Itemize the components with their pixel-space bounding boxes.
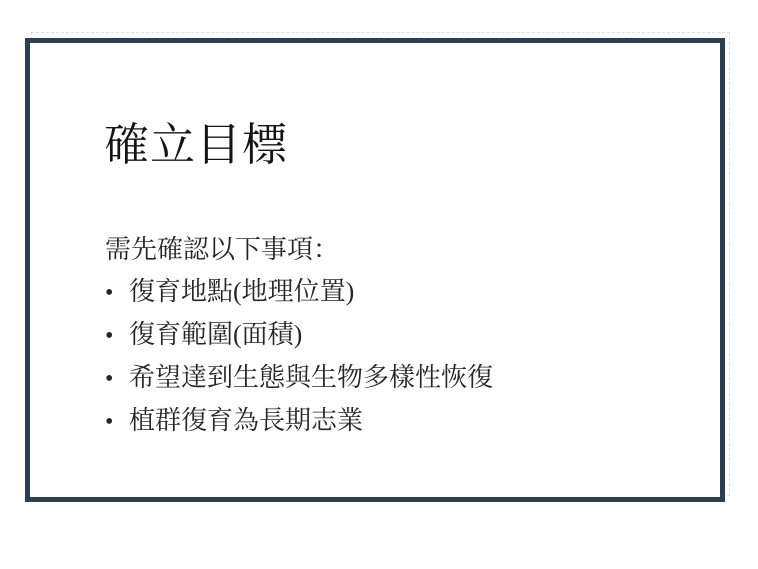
bullet-item: • 復育地點(地理位置) bbox=[105, 271, 705, 314]
bullet-list: • 復育地點(地理位置) • 復育範圍(面積) • 希望達到生態與生物多樣性恢復… bbox=[105, 271, 705, 443]
bullet-dot-icon: • bbox=[105, 358, 129, 400]
bullet-text: 希望達到生態與生物多樣性恢復 bbox=[129, 357, 493, 399]
bullet-dot-icon: • bbox=[105, 315, 129, 357]
bullet-dot-icon: • bbox=[105, 401, 129, 443]
bullet-text: 復育地點(地理位置) bbox=[129, 271, 354, 313]
page-title: 確立目標 bbox=[104, 117, 288, 173]
slide-page: 確立目標 需先確認以下事項： • 復育地點(地理位置) • 復育範圍(面積) •… bbox=[0, 0, 758, 569]
bullet-text: 植群復育為長期志業 bbox=[129, 400, 363, 442]
intro-text: 需先確認以下事項： bbox=[105, 229, 705, 271]
bullet-item: • 希望達到生態與生物多樣性恢復 bbox=[105, 357, 705, 400]
bullet-item: • 植群復育為長期志業 bbox=[105, 400, 705, 443]
slide-body: 需先確認以下事項： • 復育地點(地理位置) • 復育範圍(面積) • 希望達到… bbox=[105, 229, 705, 443]
slide-frame: 確立目標 需先確認以下事項： • 復育地點(地理位置) • 復育範圍(面積) •… bbox=[25, 38, 725, 502]
bullet-dot-icon: • bbox=[105, 272, 129, 314]
bullet-item: • 復育範圍(面積) bbox=[105, 314, 705, 357]
bullet-text: 復育範圍(面積) bbox=[129, 314, 302, 356]
